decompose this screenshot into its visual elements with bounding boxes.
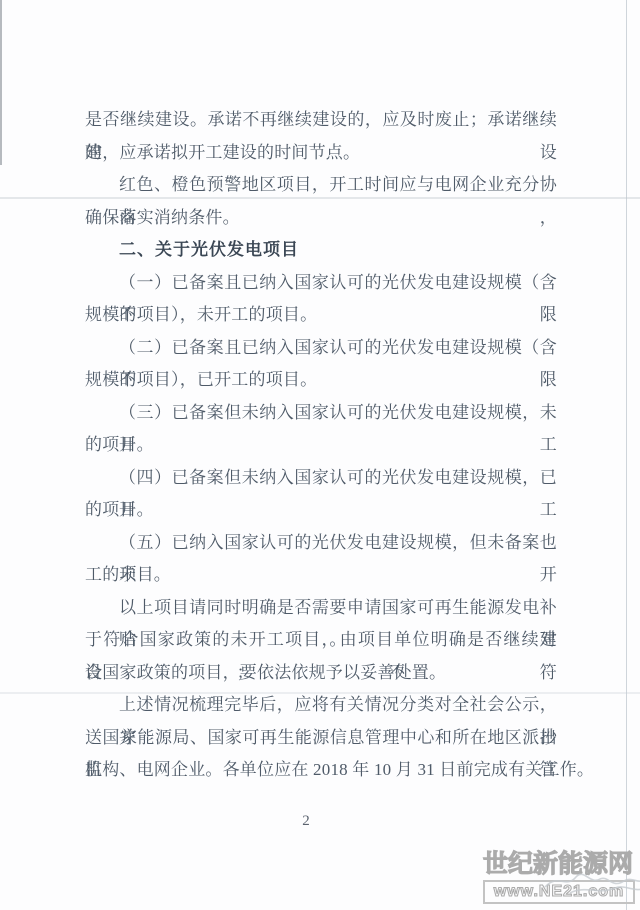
watermark: 世纪新能源网 www.NE21.com xyxy=(483,851,635,904)
text-line: 红色、橙色预警地区项目，开工时间应与电网企业充分协商， xyxy=(85,169,557,202)
text-line: 送国家能源局、国家可再生能源信息管理中心和所在地区派出监管 xyxy=(85,722,557,755)
text-line: （四）已备案但未纳入国家认可的光伏发电建设规模，已开工 xyxy=(85,462,557,495)
document-body: 是否继续建设。承诺不再继续建设的，应及时废止；承诺继续建设 的，应承诺拟开工建设… xyxy=(85,104,557,787)
text-line: 是否继续建设。承诺不再继续建设的，应及时废止；承诺继续建设 xyxy=(85,104,557,137)
text-line: 于符合国家政策的未开工项目，由项目单位明确是否继续建设；不符 xyxy=(85,624,557,657)
watermark-site-name: 世纪新能源网 xyxy=(483,851,635,878)
watermark-site-url: www.NE21.com xyxy=(483,880,635,904)
text-line: 机构、电网企业。各单位应在 2018 年 10 月 31 日前完成有关工作。 xyxy=(85,754,557,787)
scan-edge-right-artifact xyxy=(626,0,627,910)
text-line: （五）已纳入国家认可的光伏发电建设规模，但未备案也未开 xyxy=(85,527,557,560)
text-line: （一）已备案且已纳入国家认可的光伏发电建设规模（含不限 xyxy=(85,267,557,300)
text-line: （二）已备案且已纳入国家认可的光伏发电建设规模（含不限 xyxy=(85,332,557,365)
text-line: 上述情况梳理完毕后，应将有关情况分类对全社会公示，并抄 xyxy=(85,689,557,722)
text-line: 以上项目请同时明确是否需要申请国家可再生能源发电补贴。对 xyxy=(85,592,557,625)
section-heading: 二、关于光伏发电项目 xyxy=(85,234,557,267)
scanned-document-page: 是否继续建设。承诺不再继续建设的，应及时废止；承诺继续建设 的，应承诺拟开工建设… xyxy=(0,0,640,910)
page-number: 2 xyxy=(0,813,612,830)
scan-edge-left-artifact xyxy=(0,0,2,165)
text-line: （三）已备案但未纳入国家认可的光伏发电建设规模，未开工 xyxy=(85,397,557,430)
